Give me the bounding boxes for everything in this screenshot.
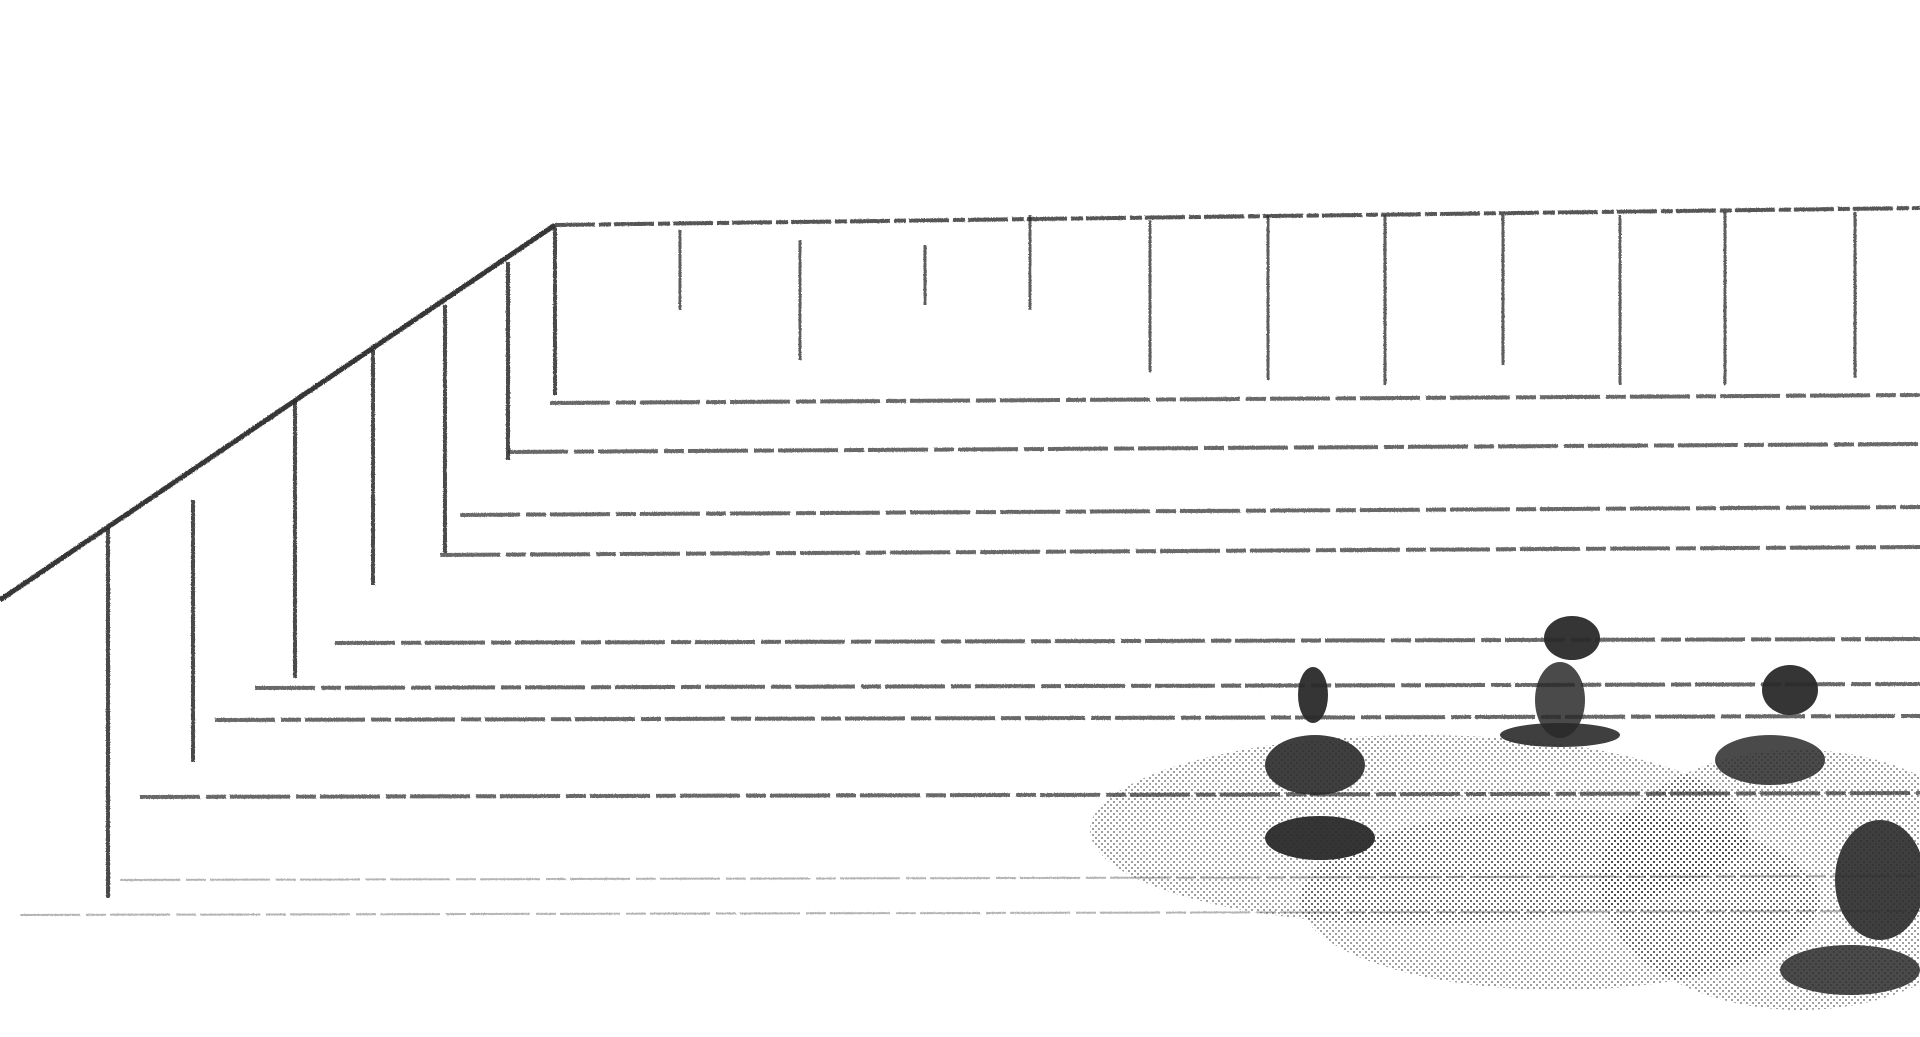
seated-figures [1090, 616, 1920, 1010]
staircase-sketch [0, 0, 1920, 1037]
